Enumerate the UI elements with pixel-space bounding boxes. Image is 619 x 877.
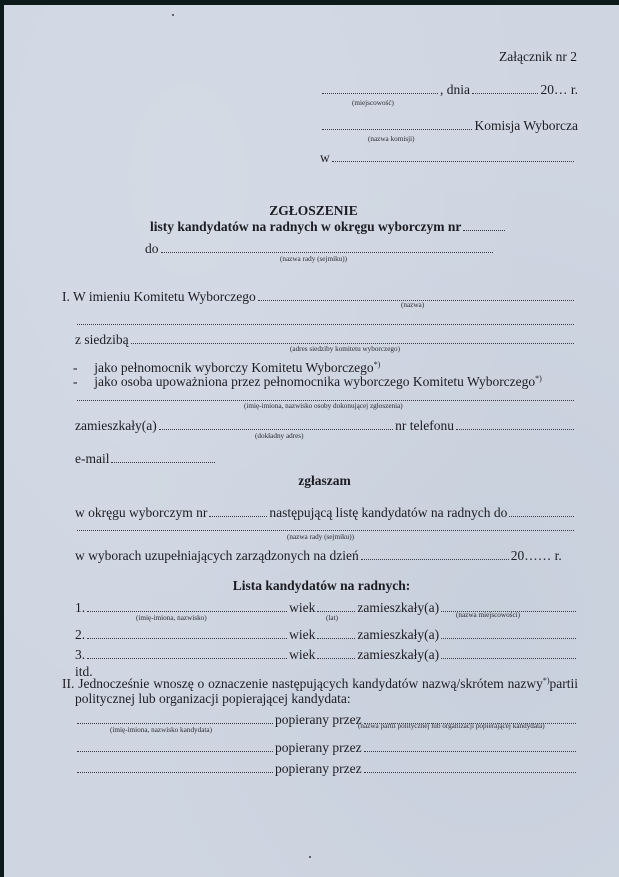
residence-label: zamieszkały(a) [357,647,439,663]
role-option-2[interactable]: - jako osoba upoważniona przez pełnomocn… [73,374,542,390]
date-field[interactable] [472,83,538,94]
section2-line1: II. Jednocześnie wnoszę o oznaczenie nas… [62,676,578,692]
person-line [75,390,576,401]
committee-line: I. W imieniu Komitetu Wyborczego [62,289,576,305]
commission-hint: (nazwa komisji) [368,135,415,144]
candidate-name-field[interactable] [77,713,273,724]
candidate-number: 1. [75,600,85,616]
committee-label: I. W imieniu Komitetu Wyborczego [62,289,256,305]
supported-by-label: popierany przez [275,740,362,756]
supplementary-label: w wyborach uzupełniających zarządzonych … [75,548,359,564]
candidate-number: 2. [75,627,85,643]
committee-name-field-2[interactable] [77,314,574,325]
candidate-name-hint: (imię-imiona, nazwisko) [136,614,207,623]
candidate-name-field[interactable] [77,762,273,773]
commission-label: Komisja Wyborcza [474,118,578,134]
council-name-hint: (nazwa rady (sejmiku)) [287,533,354,542]
party-hint: (nazwa partii politycznej lub organizacj… [358,722,545,731]
candidate-full-name-hint: (imię-imiona, nazwisko kandydata) [110,726,212,735]
phone-field[interactable] [456,419,574,430]
email-field[interactable] [111,452,215,463]
supported-by-label: popierany przez [275,761,362,777]
email-label: e-mail [75,451,109,467]
residence-label: zamieszkały(a) [357,600,439,616]
candidate-name-field[interactable] [77,741,273,752]
commission-line: Komisja Wyborcza [320,118,578,134]
attachment-number: Załącznik nr 2 [499,49,577,65]
district-line: w okręgu wyborczym nr następującą listę … [75,505,576,521]
date-label: , dnia [440,82,470,98]
residence-field[interactable] [441,628,576,639]
district-number-field[interactable] [463,220,505,231]
support-row: popierany przez [75,740,578,756]
residence-field[interactable] [441,648,576,659]
party-name-field[interactable] [364,741,576,752]
support-row: popierany przez [75,761,578,777]
supplementary-year: 20…… r. [511,548,562,564]
in-label: w [320,150,330,166]
seat-label: z siedzibą [75,332,129,348]
person-hint: (imię-imiona, nazwisko osoby dokonującej… [244,402,403,411]
declare-heading: zgłaszam [0,473,619,489]
age-label: wiek [289,627,315,643]
age-hint: (lat) [326,614,338,623]
commission-field[interactable] [322,119,472,130]
footnote-mark: *) [543,676,550,685]
place-field[interactable] [322,83,438,94]
footnote-mark: *) [535,374,542,383]
role-text: jako osoba upoważniona przez pełnomocnik… [94,374,535,389]
supported-by-label: popierany przez [275,712,362,728]
section2-intro: II. Jednocześnie wnoszę o oznaczenie nas… [62,676,543,691]
district-number-input[interactable] [209,506,267,517]
age-field[interactable] [317,628,355,639]
residence-label: zamieszkały(a) [75,418,157,434]
candidate-row: 3.wiekzamieszkały(a) [75,647,578,663]
party-name-field[interactable] [364,762,576,773]
committee-hint: (nazwa) [401,301,424,310]
committee-name-field[interactable] [258,290,574,301]
seat-field[interactable] [131,333,574,344]
seat-hint: (adres siedziby komitetu wyborczego) [290,345,400,354]
age-label: wiek [289,600,315,616]
age-label: wiek [289,647,315,663]
scan-speck [172,14,174,16]
council-hint: (nazwa rady (sejmiku)) [280,255,347,264]
candidate-number: 3. [75,647,85,663]
list-label: następującą listę kandydatów na radnych … [269,505,507,521]
candidate-name-field[interactable] [87,648,287,659]
address-hint: (dokładny adres) [255,432,304,441]
place-date-line: , dnia 20… r. [320,82,578,98]
role-bullet: - [73,374,78,389]
candidate-row: 2.wiekzamieszkały(a) [75,627,578,643]
form-subtitle: listy kandydatów na radnych w okręgu wyb… [150,219,461,235]
council-name-field[interactable] [509,506,574,517]
email-line: e-mail [75,451,217,467]
section2-line2: politycznej lub organizacji popierającej… [75,691,351,707]
council-field[interactable] [161,242,494,253]
supplementary-line: w wyborach uzupełniających zarządzonych … [75,548,562,564]
role-bullet: - [73,360,78,375]
candidate-name-field[interactable] [87,628,287,639]
age-field[interactable] [317,601,355,612]
committee-line-2 [75,314,576,325]
phone-label: nr telefonu [395,418,454,434]
address-field[interactable] [159,419,393,430]
role-text: jako pełnomocnik wyborczy Komitetu Wybor… [94,360,373,375]
in-field[interactable] [332,151,574,162]
age-field[interactable] [317,648,355,659]
residence-phone-line: zamieszkały(a) nr telefonu [75,418,576,434]
candidates-heading: Lista kandydatów na radnych: [0,578,619,594]
section2-intro-end: partii [550,676,579,692]
candidate-name-field[interactable] [87,601,287,612]
in-line: w [320,150,576,166]
place-hint: (miejscowość) [352,99,394,108]
person-name-field[interactable] [77,390,574,401]
to-label: do [145,241,159,257]
residence-label: zamieszkały(a) [357,627,439,643]
form-subtitle-line: listy kandydatów na radnych w okręgu wyb… [150,219,507,235]
district-label: w okręgu wyborczym nr [75,505,207,521]
supplementary-date-field[interactable] [361,549,509,560]
scan-speck [309,856,311,858]
form-title: ZGŁOSZENIE [0,203,619,219]
year-suffix: 20… r. [540,82,578,98]
place-name-hint: (nazwa miejscowości) [456,611,520,620]
council-name-field-2[interactable] [77,520,574,531]
footnote-mark: *) [374,360,381,369]
council-line-2 [75,520,576,531]
